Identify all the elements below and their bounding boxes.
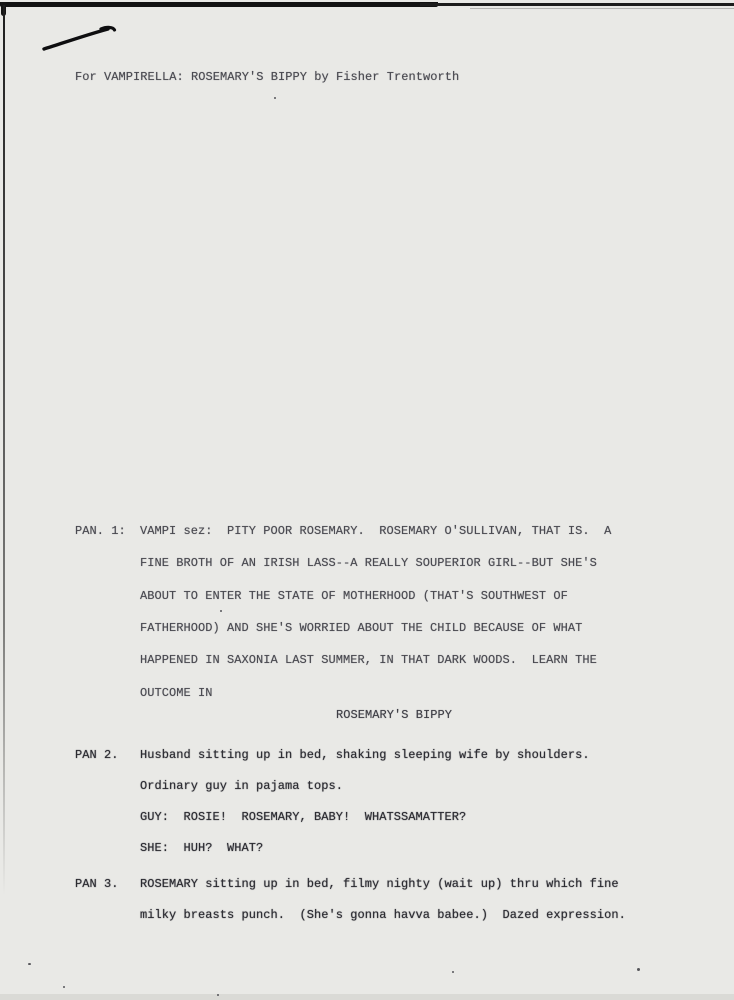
script-line: ROSEMARY sitting up in bed, filmy nighty… [140,877,619,891]
dust-speck [274,97,276,99]
script-line: GUY: ROSIE! ROSEMARY, BABY! WHATSSAMATTE… [140,810,466,824]
document-title: For VAMPIRELLA: ROSEMARY'S BIPPY by Fish… [75,70,459,84]
dust-speck [63,986,65,988]
scan-edge-bottom [0,994,734,1000]
dust-speck [220,610,222,612]
dust-speck [452,971,454,973]
script-line: OUTCOME IN [140,686,213,700]
panel-label-3: PAN 3. [75,877,119,891]
script-line: Ordinary guy in pajama tops. [140,779,343,793]
handwritten-checkmark-icon [38,18,130,60]
centered-heading: ROSEMARY'S BIPPY [336,708,452,722]
scan-edge-left [3,5,5,895]
script-line: ABOUT TO ENTER THE STATE OF MOTHERHOOD (… [140,589,568,603]
panel-label-1: PAN. 1: [75,524,126,538]
scan-edge-top-shadow [470,8,734,9]
panel-label-2: PAN 2. [75,748,119,762]
dust-speck [217,994,219,996]
script-line: Husband sitting up in bed, shaking sleep… [140,748,590,762]
dust-speck [637,968,640,971]
scanned-script-page: { "document": { "title": "For VAMPIRELLA… [0,0,734,1000]
script-line: SHE: HUH? WHAT? [140,841,263,855]
dust-speck [28,963,31,965]
scan-edge-top-right [420,3,734,6]
script-line: milky breasts punch. (She's gonna havva … [140,908,626,922]
script-line: FATHERHOOD) AND SHE'S WORRIED ABOUT THE … [140,621,582,635]
script-line: FINE BROTH OF AN IRISH LASS--A REALLY SO… [140,556,597,570]
script-line: VAMPI sez: PITY POOR ROSEMARY. ROSEMARY … [140,524,611,538]
script-line: HAPPENED IN SAXONIA LAST SUMMER, IN THAT… [140,653,597,667]
scan-edge-top-left [0,2,438,7]
